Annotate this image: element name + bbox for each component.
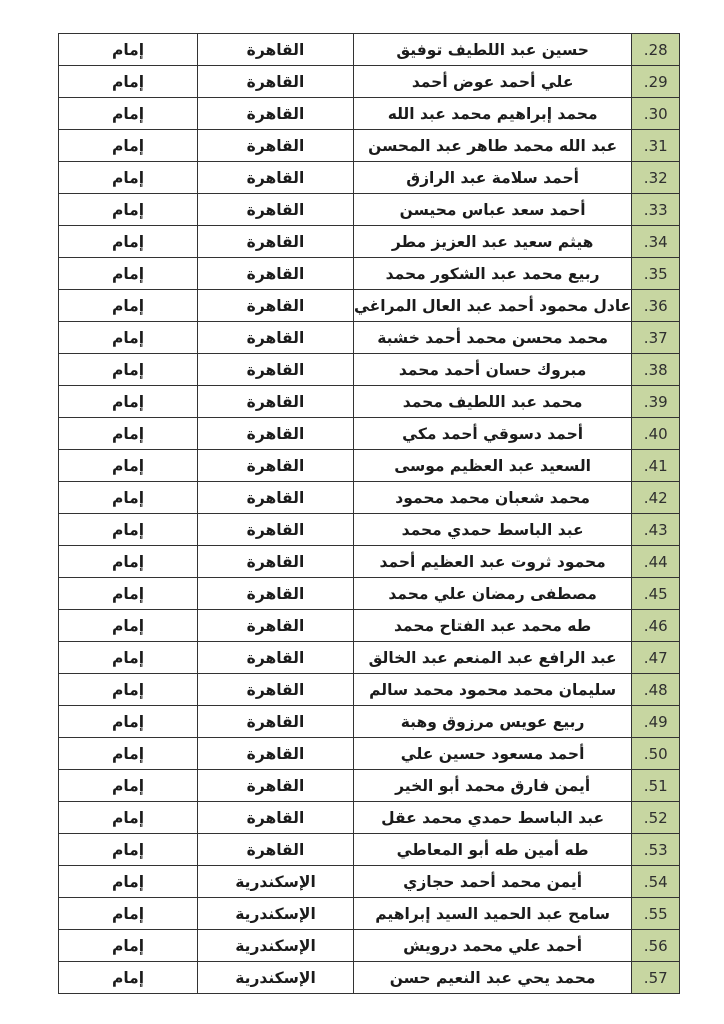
role-cell: إمام — [59, 610, 198, 642]
row-number-cell: 38. — [632, 354, 680, 386]
table-row: 43.عبد الباسط حمدي محمدالقاهرةإمام — [59, 514, 680, 546]
role-cell: إمام — [59, 290, 198, 322]
row-number-cell: 42. — [632, 482, 680, 514]
table-row: 40.أحمد دسوقي أحمد مكيالقاهرةإمام — [59, 418, 680, 450]
table-row: 47.عبد الرافع عبد المنعم عبد الخالقالقاه… — [59, 642, 680, 674]
row-number-cell: 45. — [632, 578, 680, 610]
name-cell: ربيع محمد عبد الشكور محمد — [354, 258, 632, 290]
table-row: 56.أحمد علي محمد درويشالإسكندريةإمام — [59, 930, 680, 962]
role-cell: إمام — [59, 386, 198, 418]
table-row: 38.مبروك حسان أحمد محمدالقاهرةإمام — [59, 354, 680, 386]
city-cell: القاهرة — [198, 34, 354, 66]
city-cell: الإسكندرية — [198, 866, 354, 898]
row-number-cell: 31. — [632, 130, 680, 162]
name-cell: محمد شعبان محمد محمود — [354, 482, 632, 514]
row-number-cell: 30. — [632, 98, 680, 130]
imam-roster-table: 28.حسين عبد اللطيف توفيقالقاهرةإمام29.عل… — [58, 33, 680, 994]
name-cell: عبد الباسط حمدي محمد عقل — [354, 802, 632, 834]
row-number-cell: 37. — [632, 322, 680, 354]
row-number-cell: 40. — [632, 418, 680, 450]
name-cell: محمود ثروت عبد العظيم أحمد — [354, 546, 632, 578]
role-cell: إمام — [59, 66, 198, 98]
row-number-cell: 50. — [632, 738, 680, 770]
table-row: 41.السعيد عبد العظيم موسىالقاهرةإمام — [59, 450, 680, 482]
row-number-cell: 54. — [632, 866, 680, 898]
city-cell: القاهرة — [198, 802, 354, 834]
row-number-cell: 53. — [632, 834, 680, 866]
row-number-cell: 47. — [632, 642, 680, 674]
city-cell: القاهرة — [198, 258, 354, 290]
table-row: 28.حسين عبد اللطيف توفيقالقاهرةإمام — [59, 34, 680, 66]
table-row: 36.عادل محمود أحمد عبد العال المراغيالقا… — [59, 290, 680, 322]
role-cell: إمام — [59, 418, 198, 450]
table-row: 48.سليمان محمد محمود محمد سالمالقاهرةإما… — [59, 674, 680, 706]
city-cell: القاهرة — [198, 162, 354, 194]
role-cell: إمام — [59, 674, 198, 706]
city-cell: القاهرة — [198, 706, 354, 738]
role-cell: إمام — [59, 194, 198, 226]
role-cell: إمام — [59, 962, 198, 994]
city-cell: القاهرة — [198, 770, 354, 802]
table-row: 33.أحمد سعد عباس محيسنالقاهرةإمام — [59, 194, 680, 226]
row-number-cell: 56. — [632, 930, 680, 962]
table-row: 52.عبد الباسط حمدي محمد عقلالقاهرةإمام — [59, 802, 680, 834]
name-cell: عبد الرافع عبد المنعم عبد الخالق — [354, 642, 632, 674]
role-cell: إمام — [59, 130, 198, 162]
document-page: 28.حسين عبد اللطيف توفيقالقاهرةإمام29.عل… — [0, 0, 724, 1024]
city-cell: القاهرة — [198, 322, 354, 354]
city-cell: القاهرة — [198, 610, 354, 642]
name-cell: محمد يحي عبد النعيم حسن — [354, 962, 632, 994]
city-cell: الإسكندرية — [198, 898, 354, 930]
city-cell: القاهرة — [198, 514, 354, 546]
name-cell: أحمد علي محمد درويش — [354, 930, 632, 962]
table-row: 32.أحمد سلامة عبد الرازقالقاهرةإمام — [59, 162, 680, 194]
city-cell: القاهرة — [198, 386, 354, 418]
name-cell: سليمان محمد محمود محمد سالم — [354, 674, 632, 706]
name-cell: مبروك حسان أحمد محمد — [354, 354, 632, 386]
table-row: 35.ربيع محمد عبد الشكور محمدالقاهرةإمام — [59, 258, 680, 290]
role-cell: إمام — [59, 226, 198, 258]
name-cell: هيثم سعيد عبد العزيز مطر — [354, 226, 632, 258]
role-cell: إمام — [59, 162, 198, 194]
city-cell: القاهرة — [198, 546, 354, 578]
table-row: 55.سامح عبد الحميد السيد إبراهيمالإسكندر… — [59, 898, 680, 930]
table-row: 50.أحمد مسعود حسين عليالقاهرةإمام — [59, 738, 680, 770]
name-cell: أحمد دسوقي أحمد مكي — [354, 418, 632, 450]
name-cell: علي أحمد عوض أحمد — [354, 66, 632, 98]
table-row: 30.محمد إبراهيم محمد عبد اللهالقاهرةإمام — [59, 98, 680, 130]
city-cell: القاهرة — [198, 130, 354, 162]
row-number-cell: 49. — [632, 706, 680, 738]
row-number-cell: 57. — [632, 962, 680, 994]
city-cell: الإسكندرية — [198, 930, 354, 962]
role-cell: إمام — [59, 546, 198, 578]
table-row: 34.هيثم سعيد عبد العزيز مطرالقاهرةإمام — [59, 226, 680, 258]
row-number-cell: 28. — [632, 34, 680, 66]
table-row: 57.محمد يحي عبد النعيم حسنالإسكندريةإمام — [59, 962, 680, 994]
role-cell: إمام — [59, 706, 198, 738]
role-cell: إمام — [59, 770, 198, 802]
role-cell: إمام — [59, 898, 198, 930]
table-row: 49.ربيع عويس مرزوق وهبةالقاهرةإمام — [59, 706, 680, 738]
role-cell: إمام — [59, 834, 198, 866]
city-cell: الإسكندرية — [198, 962, 354, 994]
table-row: 51.أيمن فارق محمد أبو الخيرالقاهرةإمام — [59, 770, 680, 802]
city-cell: القاهرة — [198, 450, 354, 482]
city-cell: القاهرة — [198, 226, 354, 258]
row-number-cell: 29. — [632, 66, 680, 98]
name-cell: سامح عبد الحميد السيد إبراهيم — [354, 898, 632, 930]
city-cell: القاهرة — [198, 98, 354, 130]
city-cell: القاهرة — [198, 418, 354, 450]
city-cell: القاهرة — [198, 834, 354, 866]
role-cell: إمام — [59, 514, 198, 546]
table-row: 42.محمد شعبان محمد محمودالقاهرةإمام — [59, 482, 680, 514]
row-number-cell: 34. — [632, 226, 680, 258]
name-cell: محمد محسن محمد أحمد خشبة — [354, 322, 632, 354]
name-cell: عبد الله محمد طاهر عبد المحسن — [354, 130, 632, 162]
role-cell: إمام — [59, 578, 198, 610]
name-cell: أيمن فارق محمد أبو الخير — [354, 770, 632, 802]
row-number-cell: 32. — [632, 162, 680, 194]
name-cell: عادل محمود أحمد عبد العال المراغي — [354, 290, 632, 322]
name-cell: طه محمد عبد الفتاح محمد — [354, 610, 632, 642]
role-cell: إمام — [59, 322, 198, 354]
city-cell: القاهرة — [198, 674, 354, 706]
row-number-cell: 33. — [632, 194, 680, 226]
table-row: 53.طه أمين طه أبو المعاطيالقاهرةإمام — [59, 834, 680, 866]
table-row: 54.أيمن محمد أحمد حجازيالإسكندريةإمام — [59, 866, 680, 898]
row-number-cell: 41. — [632, 450, 680, 482]
name-cell: ربيع عويس مرزوق وهبة — [354, 706, 632, 738]
city-cell: القاهرة — [198, 354, 354, 386]
role-cell: إمام — [59, 866, 198, 898]
name-cell: حسين عبد اللطيف توفيق — [354, 34, 632, 66]
table-row: 44.محمود ثروت عبد العظيم أحمدالقاهرةإمام — [59, 546, 680, 578]
name-cell: أحمد سلامة عبد الرازق — [354, 162, 632, 194]
row-number-cell: 48. — [632, 674, 680, 706]
table-row: 31.عبد الله محمد طاهر عبد المحسنالقاهرةإ… — [59, 130, 680, 162]
city-cell: القاهرة — [198, 290, 354, 322]
city-cell: القاهرة — [198, 578, 354, 610]
table-row: 37.محمد محسن محمد أحمد خشبةالقاهرةإمام — [59, 322, 680, 354]
role-cell: إمام — [59, 34, 198, 66]
row-number-cell: 35. — [632, 258, 680, 290]
role-cell: إمام — [59, 802, 198, 834]
table-row: 46.طه محمد عبد الفتاح محمدالقاهرةإمام — [59, 610, 680, 642]
row-number-cell: 51. — [632, 770, 680, 802]
name-cell: عبد الباسط حمدي محمد — [354, 514, 632, 546]
row-number-cell: 46. — [632, 610, 680, 642]
row-number-cell: 44. — [632, 546, 680, 578]
role-cell: إمام — [59, 354, 198, 386]
name-cell: طه أمين طه أبو المعاطي — [354, 834, 632, 866]
table-row: 45.مصطفى رمضان علي محمدالقاهرةإمام — [59, 578, 680, 610]
role-cell: إمام — [59, 98, 198, 130]
row-number-cell: 43. — [632, 514, 680, 546]
name-cell: السعيد عبد العظيم موسى — [354, 450, 632, 482]
city-cell: القاهرة — [198, 194, 354, 226]
role-cell: إمام — [59, 482, 198, 514]
name-cell: محمد إبراهيم محمد عبد الله — [354, 98, 632, 130]
role-cell: إمام — [59, 642, 198, 674]
role-cell: إمام — [59, 738, 198, 770]
row-number-cell: 52. — [632, 802, 680, 834]
table-row: 39.محمد عبد اللطيف محمدالقاهرةإمام — [59, 386, 680, 418]
role-cell: إمام — [59, 930, 198, 962]
city-cell: القاهرة — [198, 738, 354, 770]
name-cell: أحمد سعد عباس محيسن — [354, 194, 632, 226]
name-cell: أيمن محمد أحمد حجازي — [354, 866, 632, 898]
city-cell: القاهرة — [198, 642, 354, 674]
name-cell: أحمد مسعود حسين علي — [354, 738, 632, 770]
city-cell: القاهرة — [198, 482, 354, 514]
name-cell: محمد عبد اللطيف محمد — [354, 386, 632, 418]
name-cell: مصطفى رمضان علي محمد — [354, 578, 632, 610]
row-number-cell: 55. — [632, 898, 680, 930]
table-row: 29.علي أحمد عوض أحمدالقاهرةإمام — [59, 66, 680, 98]
row-number-cell: 36. — [632, 290, 680, 322]
role-cell: إمام — [59, 450, 198, 482]
roster-body: 28.حسين عبد اللطيف توفيقالقاهرةإمام29.عل… — [59, 34, 680, 994]
role-cell: إمام — [59, 258, 198, 290]
row-number-cell: 39. — [632, 386, 680, 418]
city-cell: القاهرة — [198, 66, 354, 98]
